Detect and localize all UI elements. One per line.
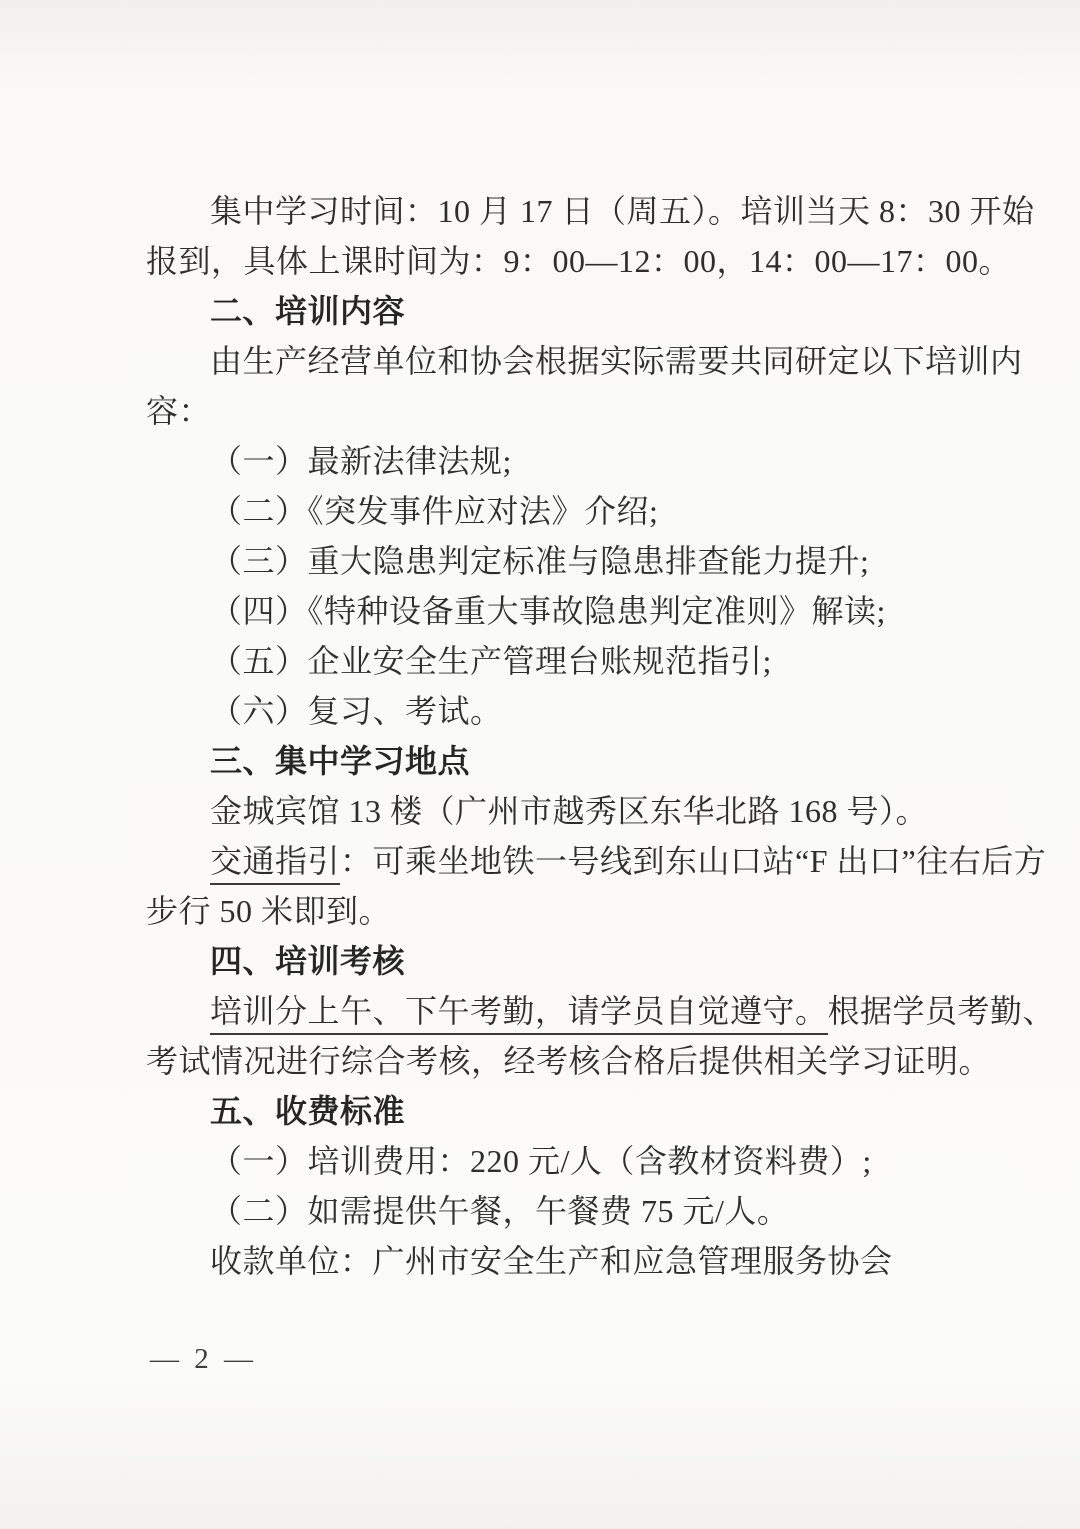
intro-line-1: 集中学习时间：10 月 17 日（周五）。培训当天 8：30 开始: [146, 186, 966, 236]
assessment-underlined-text: 培训分上午、下午考勤，请学员自觉遵守。: [210, 993, 828, 1035]
intro-line-2: 报到，具体上课时间为：9：00—12：00，14：00—17：00。: [146, 236, 966, 286]
section-content-heading: 二、培训内容: [146, 286, 966, 336]
content-item-1: （一）最新法律法规;: [146, 436, 966, 486]
section-content-lead-1: 由生产经营单位和协会根据实际需要共同研定以下培训内: [146, 336, 966, 386]
content-item-4: （四）《特种设备重大事故隐患判定准则》解读;: [146, 586, 966, 636]
section-fees-heading: 五、收费标准: [146, 1086, 966, 1136]
traffic-guide-line-2: 步行 50 米即到。: [146, 886, 966, 936]
traffic-guide-text: ：可乘坐地铁一号线到东山口站“F 出口”往右后方: [340, 843, 1046, 879]
traffic-guide-line: 交通指引：可乘坐地铁一号线到东山口站“F 出口”往右后方: [146, 836, 966, 886]
payee-line: 收款单位：广州市安全生产和应急管理服务协会: [146, 1236, 966, 1286]
document-body: 集中学习时间：10 月 17 日（周五）。培训当天 8：30 开始 报到，具体上…: [146, 186, 966, 1286]
fee-item-2: （二）如需提供午餐，午餐费 75 元/人。: [146, 1186, 966, 1236]
fee-item-1: （一）培训费用：220 元/人（含教材资料费）;: [146, 1136, 966, 1186]
content-item-2: （二）《突发事件应对法》介绍;: [146, 486, 966, 536]
page-number: — 2 —: [150, 1337, 257, 1381]
section-location-heading: 三、集中学习地点: [146, 736, 966, 786]
content-item-6: （六）复习、考试。: [146, 686, 966, 736]
section-content-lead-2: 容：: [146, 386, 966, 436]
document-page: 集中学习时间：10 月 17 日（周五）。培训当天 8：30 开始 报到，具体上…: [0, 0, 1080, 1529]
assessment-line-2: 考试情况进行综合考核，经考核合格后提供相关学习证明。: [146, 1036, 966, 1086]
content-item-3: （三）重大隐患判定标准与隐患排查能力提升;: [146, 536, 966, 586]
traffic-guide-label: 交通指引: [210, 843, 340, 885]
location-address: 金城宾馆 13 楼（广州市越秀区东华北路 168 号）。: [146, 786, 966, 836]
section-assessment-heading: 四、培训考核: [146, 936, 966, 986]
assessment-rest-text: 根据学员考勤、: [828, 993, 1056, 1029]
content-item-5: （五）企业安全生产管理台账规范指引;: [146, 636, 966, 686]
assessment-line-1: 培训分上午、下午考勤，请学员自觉遵守。根据学员考勤、: [146, 986, 966, 1036]
